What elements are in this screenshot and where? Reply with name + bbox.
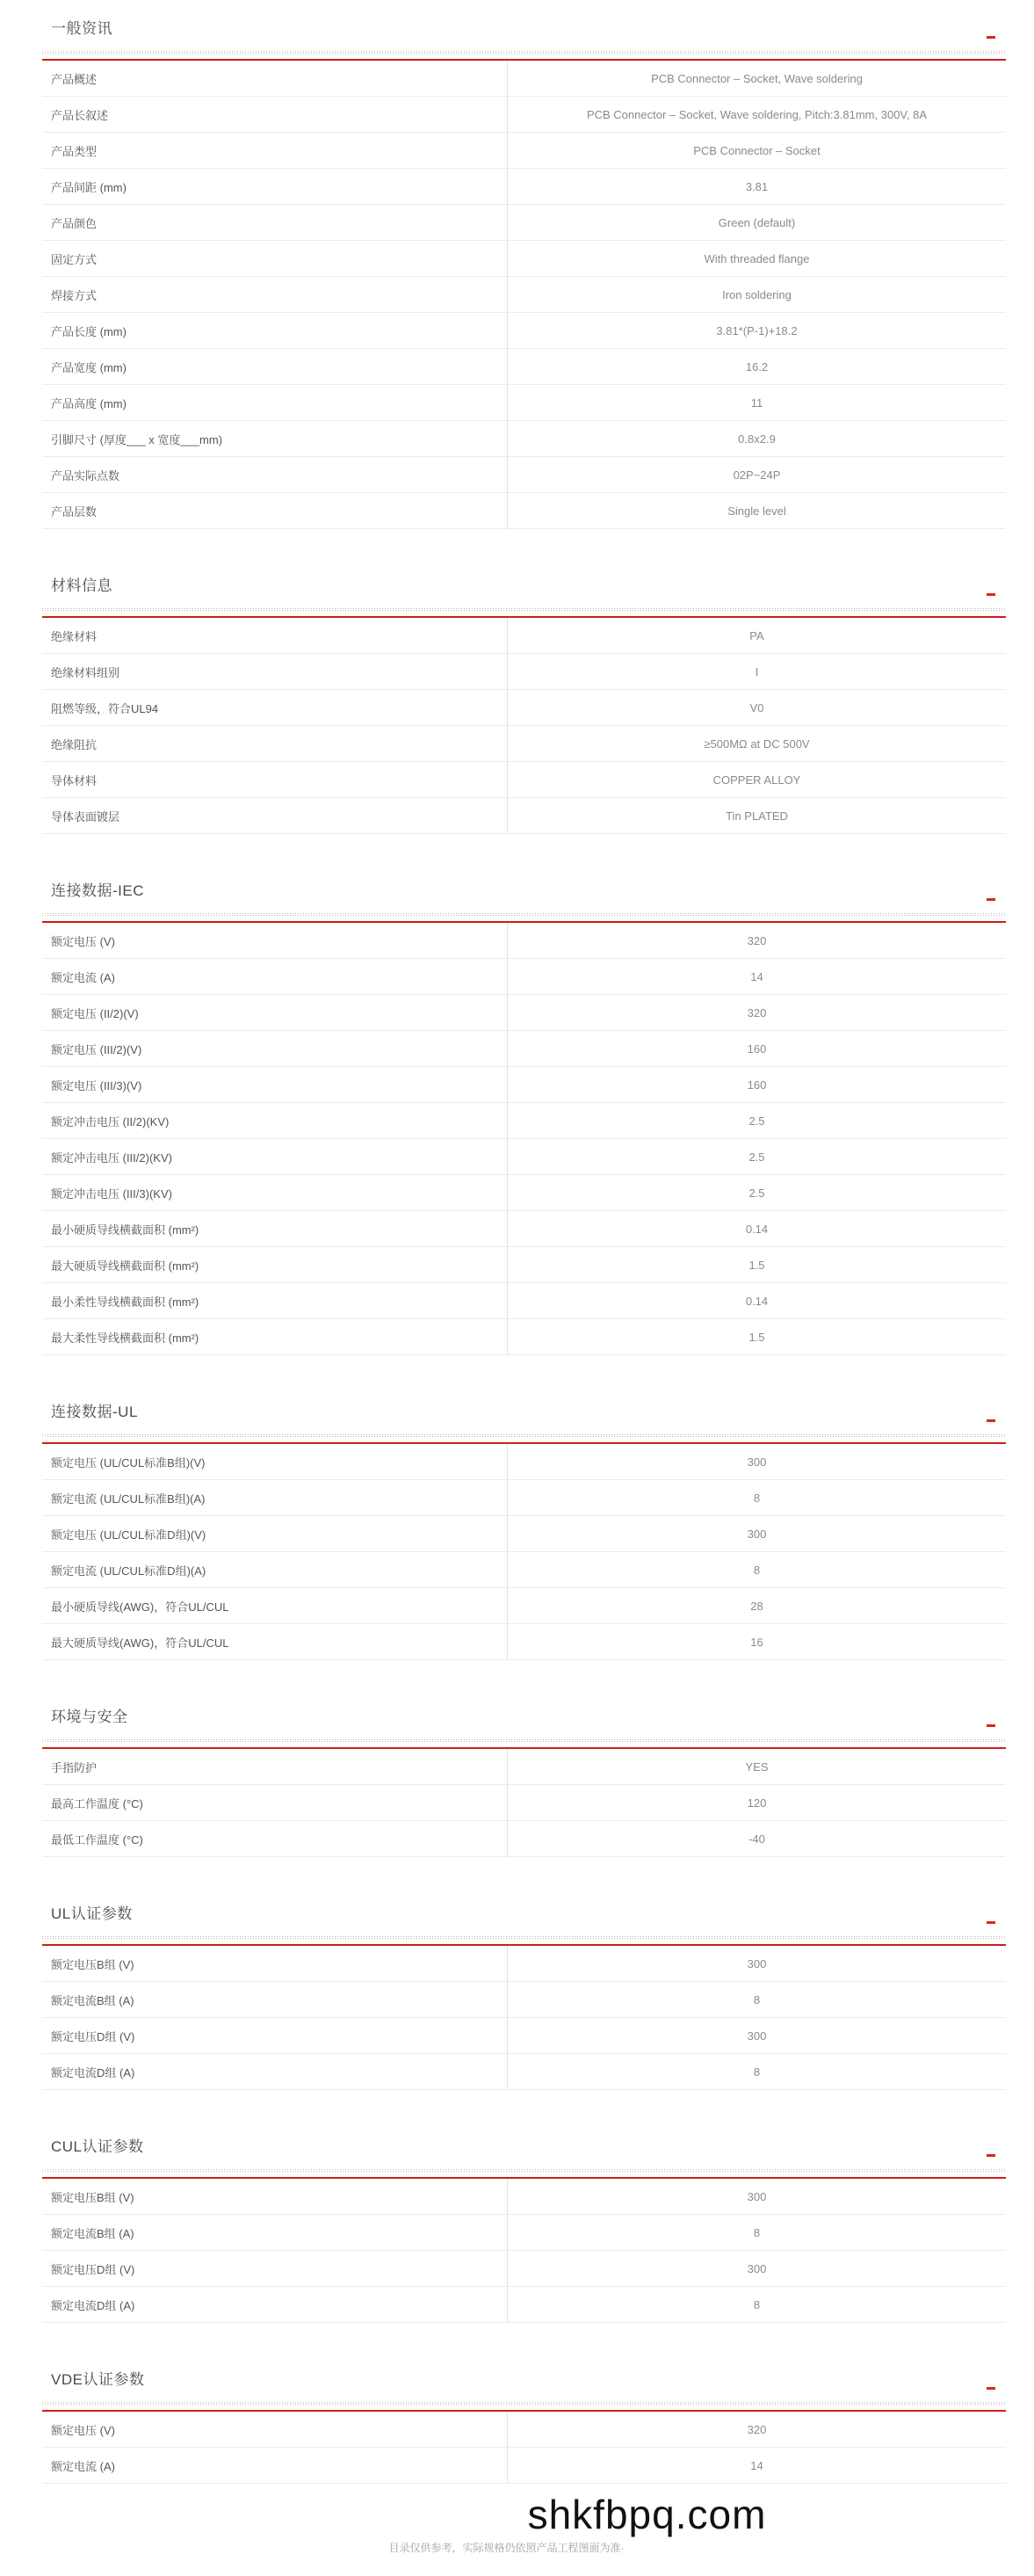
product-spec-page: 一般资讯 产品概述 PCB Connector – Socket, Wave s…	[0, 0, 1034, 2576]
table-row: 产品颜色 Green (default)	[42, 205, 1006, 241]
spec-section: UL认证参数 额定电压B组 (V) 300 额定电流B组 (A) 8 额定电压D…	[42, 1903, 1006, 2090]
table-row: 额定冲击电压 (II/2)(KV) 2.5	[42, 1103, 1006, 1139]
row-value: 8	[508, 2287, 1006, 2322]
row-value: PCB Connector – Socket	[508, 133, 1006, 168]
section-header: UL认证参数	[42, 1903, 1006, 1926]
spec-table: 额定电压 (V) 320 额定电流 (A) 14	[42, 2412, 1006, 2484]
spec-table: 额定电压 (V) 320 额定电流 (A) 14 额定电压 (II/2)(V) …	[42, 923, 1006, 1355]
row-label: 额定电压 (UL/CUL标准B组)(V)	[42, 1444, 508, 1479]
table-row: 手指防护 YES	[42, 1749, 1006, 1785]
row-value: Green (default)	[508, 205, 1006, 240]
spec-table: 产品概述 PCB Connector – Socket, Wave solder…	[42, 61, 1006, 529]
row-value: 320	[508, 995, 1006, 1030]
row-label: 额定电压D组 (V)	[42, 2018, 508, 2053]
row-value: 8	[508, 1552, 1006, 1587]
table-row: 额定电流 (A) 14	[42, 959, 1006, 995]
collapse-minus-icon[interactable]	[987, 593, 995, 596]
spec-table: 额定电压B组 (V) 300 额定电流B组 (A) 8 额定电压D组 (V) 3…	[42, 2179, 1006, 2323]
table-row: 额定电压B组 (V) 300	[42, 2179, 1006, 2215]
section-title: CUL认证参数	[51, 2136, 1006, 2159]
page-footer: shkfbpq.com 目录仅供参考，实际规格仍依照产品工程图面为准·	[42, 2484, 1006, 2555]
section-title: 连接数据-IEC	[51, 880, 1006, 903]
row-value: 300	[508, 2179, 1006, 2214]
row-label: 额定冲击电压 (II/2)(KV)	[42, 1103, 508, 1138]
row-label: 额定电流 (A)	[42, 2448, 508, 2483]
table-row: 额定电压 (V) 320	[42, 2412, 1006, 2448]
row-label: 绝缘材料组别	[42, 654, 508, 689]
watermark: shkfbpq.com	[165, 2493, 1034, 2537]
row-label: 产品层数	[42, 493, 508, 528]
section-header: CUL认证参数	[42, 2136, 1006, 2159]
row-label: 额定电流B组 (A)	[42, 2215, 508, 2250]
table-row: 额定电流D组 (A) 8	[42, 2287, 1006, 2323]
row-label: 产品概述	[42, 61, 508, 96]
table-row: 产品宽度 (mm) 16.2	[42, 349, 1006, 385]
row-value: 3.81*(P-1)+18.2	[508, 313, 1006, 348]
section-divider	[42, 2169, 1006, 2179]
table-row: 最大硬质导线横截面积 (mm²) 1.5	[42, 1247, 1006, 1283]
row-label: 产品高度 (mm)	[42, 385, 508, 420]
row-value: PCB Connector – Socket, Wave soldering	[508, 61, 1006, 96]
table-row: 额定电压 (UL/CUL标准B组)(V) 300	[42, 1444, 1006, 1480]
table-row: 额定电流D组 (A) 8	[42, 2054, 1006, 2090]
row-value: 28	[508, 1588, 1006, 1623]
row-value: 300	[508, 1444, 1006, 1479]
row-label: 额定电流 (UL/CUL标准B组)(A)	[42, 1480, 508, 1515]
row-value: I	[508, 654, 1006, 689]
row-value: COPPER ALLOY	[508, 762, 1006, 797]
row-label: 绝缘阻抗	[42, 726, 508, 761]
table-row: 产品实际点数 02P~24P	[42, 457, 1006, 493]
table-row: 额定电压 (II/2)(V) 320	[42, 995, 1006, 1031]
row-label: 额定电压 (II/2)(V)	[42, 995, 508, 1030]
spec-section: CUL认证参数 额定电压B组 (V) 300 额定电流B组 (A) 8 额定电压…	[42, 2136, 1006, 2323]
row-value: 14	[508, 2448, 1006, 2483]
row-label: 产品实际点数	[42, 457, 508, 492]
table-row: 产品高度 (mm) 11	[42, 385, 1006, 421]
row-value: 300	[508, 2251, 1006, 2286]
row-label: 额定电流 (A)	[42, 959, 508, 994]
row-value: 2.5	[508, 1175, 1006, 1210]
collapse-minus-icon[interactable]	[987, 1921, 995, 1924]
section-header: 连接数据-IEC	[42, 880, 1006, 903]
row-label: 额定电压B组 (V)	[42, 1946, 508, 1981]
table-row: 产品类型 PCB Connector – Socket	[42, 133, 1006, 169]
row-value: With threaded flange	[508, 241, 1006, 276]
row-value: Single level	[508, 493, 1006, 528]
row-value: 16.2	[508, 349, 1006, 384]
row-label: 额定电压 (UL/CUL标准D组)(V)	[42, 1516, 508, 1551]
row-label: 产品间距 (mm)	[42, 169, 508, 204]
table-row: 最大柔性导线横截面积 (mm²) 1.5	[42, 1319, 1006, 1355]
table-row: 额定电流 (UL/CUL标准D组)(A) 8	[42, 1552, 1006, 1588]
row-label: 最低工作温度 (°C)	[42, 1821, 508, 1856]
row-label: 导体表面镀层	[42, 798, 508, 833]
table-row: 额定电压D组 (V) 300	[42, 2251, 1006, 2287]
row-label: 额定冲击电压 (III/3)(KV)	[42, 1175, 508, 1210]
table-row: 额定电流 (A) 14	[42, 2448, 1006, 2484]
row-label: 焊接方式	[42, 277, 508, 312]
row-value: 120	[508, 1785, 1006, 1820]
row-label: 产品长度 (mm)	[42, 313, 508, 348]
table-row: 最小柔性导线横截面积 (mm²) 0.14	[42, 1283, 1006, 1319]
row-label: 额定电流 (UL/CUL标准D组)(A)	[42, 1552, 508, 1587]
section-header: 一般资讯	[42, 18, 1006, 40]
row-value: 300	[508, 1946, 1006, 1981]
spec-section: 连接数据-IEC 额定电压 (V) 320 额定电流 (A) 14 额定电压 (…	[42, 880, 1006, 1355]
row-label: 额定电压 (V)	[42, 2412, 508, 2447]
table-row: 最小硬质导线(AWG)，符合UL/CUL 28	[42, 1588, 1006, 1624]
table-row: 额定电压 (UL/CUL标准D组)(V) 300	[42, 1516, 1006, 1552]
table-row: 产品层数 Single level	[42, 493, 1006, 529]
collapse-minus-icon[interactable]	[987, 36, 995, 39]
spec-section: VDE认证参数 额定电压 (V) 320 额定电流 (A) 14	[42, 2369, 1006, 2484]
table-row: 额定冲击电压 (III/2)(KV) 2.5	[42, 1139, 1006, 1175]
table-row: 产品长度 (mm) 3.81*(P-1)+18.2	[42, 313, 1006, 349]
row-label: 产品长叙述	[42, 97, 508, 132]
table-row: 产品概述 PCB Connector – Socket, Wave solder…	[42, 61, 1006, 97]
spec-table: 额定电压B组 (V) 300 额定电流B组 (A) 8 额定电压D组 (V) 3…	[42, 1946, 1006, 2090]
spec-sections: 一般资讯 产品概述 PCB Connector – Socket, Wave s…	[42, 18, 1006, 2484]
row-label: 最高工作温度 (°C)	[42, 1785, 508, 1820]
row-label: 引脚尺寸 (厚度___ x 宽度___mm)	[42, 421, 508, 456]
section-title: 一般资讯	[51, 18, 1006, 40]
row-label: 最小柔性导线横截面积 (mm²)	[42, 1283, 508, 1318]
row-value: 0.14	[508, 1211, 1006, 1246]
table-row: 绝缘阻抗 ≥500MΩ at DC 500V	[42, 726, 1006, 762]
spec-table: 额定电压 (UL/CUL标准B组)(V) 300 额定电流 (UL/CUL标准B…	[42, 1444, 1006, 1660]
section-title: 环境与安全	[51, 1706, 1006, 1729]
table-row: 焊接方式 Iron soldering	[42, 277, 1006, 313]
section-title: 材料信息	[51, 575, 1006, 598]
row-value: 8	[508, 2215, 1006, 2250]
table-row: 额定电流B组 (A) 8	[42, 1982, 1006, 2018]
row-value: -40	[508, 1821, 1006, 1856]
section-header: 环境与安全	[42, 1706, 1006, 1729]
row-label: 最小硬质导线(AWG)，符合UL/CUL	[42, 1588, 508, 1623]
footer-note: 目录仅供参考，实际规格仍依照产品工程图面为准·	[25, 2540, 988, 2555]
row-label: 额定电压B组 (V)	[42, 2179, 508, 2214]
table-row: 最大硬质导线(AWG)，符合UL/CUL 16	[42, 1624, 1006, 1660]
row-label: 额定冲击电压 (III/2)(KV)	[42, 1139, 508, 1174]
table-row: 产品间距 (mm) 3.81	[42, 169, 1006, 205]
table-row: 阻燃等级，符合UL94 V0	[42, 690, 1006, 726]
section-divider	[42, 1434, 1006, 1444]
row-value: PA	[508, 618, 1006, 653]
row-value: ≥500MΩ at DC 500V	[508, 726, 1006, 761]
table-row: 额定冲击电压 (III/3)(KV) 2.5	[42, 1175, 1006, 1211]
row-value: 8	[508, 1480, 1006, 1515]
collapse-minus-icon[interactable]	[987, 2387, 995, 2390]
row-label: 最小硬质导线横截面积 (mm²)	[42, 1211, 508, 1246]
section-header: VDE认证参数	[42, 2369, 1006, 2391]
row-value: V0	[508, 690, 1006, 725]
section-title: VDE认证参数	[51, 2369, 1006, 2391]
spec-table: 手指防护 YES 最高工作温度 (°C) 120 最低工作温度 (°C) -40	[42, 1749, 1006, 1857]
row-value: YES	[508, 1749, 1006, 1784]
table-row: 额定电压 (V) 320	[42, 923, 1006, 959]
row-value: 2.5	[508, 1103, 1006, 1138]
spec-section: 环境与安全 手指防护 YES 最高工作温度 (°C) 120 最低工作温度 (°…	[42, 1706, 1006, 1857]
row-label: 手指防护	[42, 1749, 508, 1784]
row-value: 300	[508, 2018, 1006, 2053]
row-label: 额定电压 (III/3)(V)	[42, 1067, 508, 1102]
row-label: 产品类型	[42, 133, 508, 168]
row-label: 产品宽度 (mm)	[42, 349, 508, 384]
row-value: 1.5	[508, 1247, 1006, 1282]
row-value: 8	[508, 2054, 1006, 2089]
section-divider	[42, 608, 1006, 618]
row-value: 14	[508, 959, 1006, 994]
table-row: 绝缘材料组别 I	[42, 654, 1006, 690]
row-value: Iron soldering	[508, 277, 1006, 312]
row-value: 8	[508, 1982, 1006, 2017]
row-label: 额定电压D组 (V)	[42, 2251, 508, 2286]
row-label: 额定电压 (V)	[42, 923, 508, 958]
section-title: UL认证参数	[51, 1903, 1006, 1926]
row-value: Tin PLATED	[508, 798, 1006, 833]
section-divider	[42, 51, 1006, 61]
row-value: 16	[508, 1624, 1006, 1659]
section-title: 连接数据-UL	[51, 1401, 1006, 1424]
table-row: 绝缘材料 PA	[42, 618, 1006, 654]
collapse-minus-icon[interactable]	[987, 898, 995, 901]
row-value: 0.14	[508, 1283, 1006, 1318]
table-row: 额定电压 (III/2)(V) 160	[42, 1031, 1006, 1067]
row-value: 1.5	[508, 1319, 1006, 1354]
section-divider	[42, 1739, 1006, 1749]
row-label: 阻燃等级，符合UL94	[42, 690, 508, 725]
table-row: 额定电流 (UL/CUL标准B组)(A) 8	[42, 1480, 1006, 1516]
table-row: 额定电流B组 (A) 8	[42, 2215, 1006, 2251]
row-label: 最大硬质导线横截面积 (mm²)	[42, 1247, 508, 1282]
collapse-minus-icon[interactable]	[987, 1419, 995, 1422]
collapse-minus-icon[interactable]	[987, 2154, 995, 2157]
section-header: 连接数据-UL	[42, 1401, 1006, 1424]
section-header: 材料信息	[42, 575, 1006, 598]
spec-section: 一般资讯 产品概述 PCB Connector – Socket, Wave s…	[42, 18, 1006, 529]
row-label: 固定方式	[42, 241, 508, 276]
table-row: 固定方式 With threaded flange	[42, 241, 1006, 277]
spec-section: 材料信息 绝缘材料 PA 绝缘材料组别 I 阻燃等级，符合UL94 V0 绝缘阻…	[42, 575, 1006, 834]
table-row: 产品长叙述 PCB Connector – Socket, Wave solde…	[42, 97, 1006, 133]
section-divider	[42, 913, 1006, 923]
spec-table: 绝缘材料 PA 绝缘材料组别 I 阻燃等级，符合UL94 V0 绝缘阻抗 ≥50…	[42, 618, 1006, 834]
table-row: 导体材料 COPPER ALLOY	[42, 762, 1006, 798]
row-value: 160	[508, 1067, 1006, 1102]
row-value: PCB Connector – Socket, Wave soldering, …	[508, 97, 1006, 132]
table-row: 导体表面镀层 Tin PLATED	[42, 798, 1006, 834]
section-divider	[42, 2402, 1006, 2412]
table-row: 最低工作温度 (°C) -40	[42, 1821, 1006, 1857]
spec-section: 连接数据-UL 额定电压 (UL/CUL标准B组)(V) 300 额定电流 (U…	[42, 1401, 1006, 1660]
row-label: 产品颜色	[42, 205, 508, 240]
row-value: 0.8x2.9	[508, 421, 1006, 456]
table-row: 引脚尺寸 (厚度___ x 宽度___mm) 0.8x2.9	[42, 421, 1006, 457]
row-value: 3.81	[508, 169, 1006, 204]
row-label: 额定电压 (III/2)(V)	[42, 1031, 508, 1066]
table-row: 额定电压 (III/3)(V) 160	[42, 1067, 1006, 1103]
row-label: 导体材料	[42, 762, 508, 797]
row-label: 绝缘材料	[42, 618, 508, 653]
row-value: 320	[508, 2412, 1006, 2447]
collapse-minus-icon[interactable]	[987, 1724, 995, 1727]
row-value: 2.5	[508, 1139, 1006, 1174]
table-row: 额定电压B组 (V) 300	[42, 1946, 1006, 1982]
row-value: 160	[508, 1031, 1006, 1066]
row-label: 最大硬质导线(AWG)，符合UL/CUL	[42, 1624, 508, 1659]
table-row: 最高工作温度 (°C) 120	[42, 1785, 1006, 1821]
row-value: 02P~24P	[508, 457, 1006, 492]
table-row: 最小硬质导线横截面积 (mm²) 0.14	[42, 1211, 1006, 1247]
row-value: 300	[508, 1516, 1006, 1551]
row-label: 额定电流D组 (A)	[42, 2054, 508, 2089]
section-divider	[42, 1936, 1006, 1946]
row-label: 最大柔性导线横截面积 (mm²)	[42, 1319, 508, 1354]
row-value: 11	[508, 385, 1006, 420]
row-value: 320	[508, 923, 1006, 958]
row-label: 额定电流D组 (A)	[42, 2287, 508, 2322]
table-row: 额定电压D组 (V) 300	[42, 2018, 1006, 2054]
row-label: 额定电流B组 (A)	[42, 1982, 508, 2017]
